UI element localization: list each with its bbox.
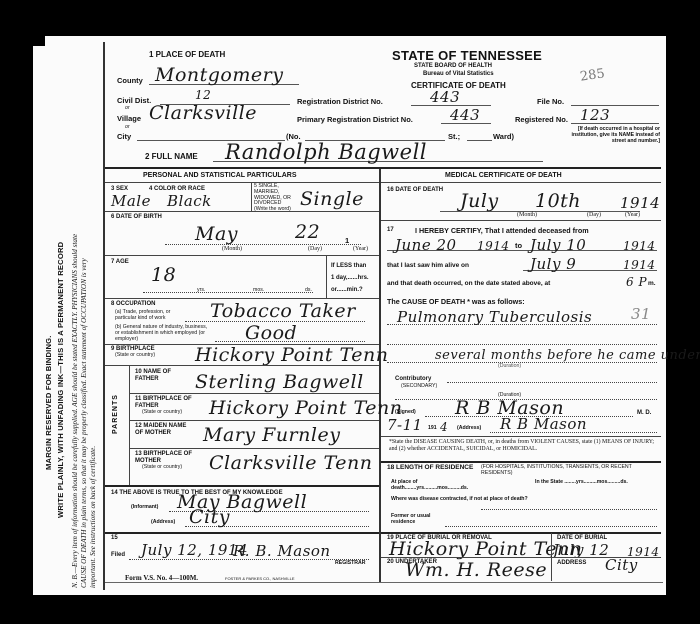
page-edge-notch xyxy=(33,36,45,46)
divider xyxy=(381,461,661,463)
street-label: St.; xyxy=(448,132,460,141)
father-name-value[interactable]: Sterling Bagwell xyxy=(195,371,364,393)
parents-label: PARENTS xyxy=(113,394,120,434)
where-contracted: Where was disease contracted, if not at … xyxy=(391,497,661,503)
marital-value[interactable]: Single xyxy=(300,188,364,210)
occ-b-value[interactable]: Good xyxy=(245,322,297,344)
birthplace-sub: (State or country) xyxy=(115,353,155,359)
filed-number: 15 xyxy=(111,535,118,542)
dod-day[interactable]: 10th xyxy=(535,190,581,212)
contributory-label: Contributory xyxy=(395,376,431,383)
dod-year[interactable]: 1914 xyxy=(620,194,660,212)
divider xyxy=(129,448,379,449)
certify-number: 17 xyxy=(387,227,394,234)
sig-address-label: (Address) xyxy=(457,426,481,432)
divider xyxy=(105,298,379,299)
or-text: or xyxy=(125,106,130,112)
reg-district-label: Registration District No. xyxy=(297,97,383,106)
father-birthplace-sub: (State or country) xyxy=(142,410,182,416)
board-of-health: STATE BOARD OF HEALTH xyxy=(414,63,492,70)
divider xyxy=(251,183,252,211)
mother-birthplace-label: 13 BIRTHPLACE OF MOTHER xyxy=(135,451,195,464)
ds-caption: ds. xyxy=(305,288,312,294)
divider xyxy=(105,532,379,534)
state-title: STATE OF TENNESSEE xyxy=(392,48,542,63)
md-label: M. D. xyxy=(637,410,651,417)
sig-address-value[interactable]: R B Mason xyxy=(500,415,587,433)
last-saw-text: that I last saw him alive on xyxy=(387,262,469,269)
father-birthplace-value[interactable]: Hickory Point Tenn xyxy=(209,397,402,419)
former-residence: Former or usual residence xyxy=(391,514,451,526)
divider xyxy=(129,420,379,421)
divider xyxy=(105,211,379,212)
primary-reg-value[interactable]: 443 xyxy=(450,106,480,124)
personal-heading: PERSONAL AND STATISTICAL PARTICULARS xyxy=(143,172,296,179)
reg-district-value[interactable]: 443 xyxy=(430,88,460,106)
civil-dist-value[interactable]: 12 xyxy=(195,88,211,102)
marital-label: 5 SINGLE, MARRIED, WIDOWED, OR DIVORCED … xyxy=(254,184,294,213)
address-label: (Address) xyxy=(151,520,175,526)
divider-top xyxy=(105,167,661,169)
last-saw-year[interactable]: 1914 xyxy=(623,258,656,272)
day-caption: (Day) xyxy=(308,246,322,252)
month-caption: (Month) xyxy=(222,246,242,252)
file-no-label: File No. xyxy=(537,97,564,106)
nb-note-line-2: CAUSE OF DEATH in plain terms, so that i… xyxy=(80,258,89,588)
or-text: or xyxy=(125,125,130,131)
printer-credit: FOSTER & PARKES CO., NASHVILLE xyxy=(225,576,295,582)
mother-name-label: 12 MAIDEN NAME OF MOTHER xyxy=(135,423,195,436)
address-value[interactable]: City xyxy=(189,506,230,528)
mother-birthplace-value[interactable]: Clarksville Tenn xyxy=(209,452,372,474)
age-value[interactable]: 18 xyxy=(151,264,176,286)
day-caption: (Day) xyxy=(587,212,601,218)
dod-month[interactable]: July xyxy=(460,190,499,212)
cause-value[interactable]: Pulmonary Tuberculosis xyxy=(397,308,592,326)
ward-label: Ward) xyxy=(493,132,514,141)
bureau-vital-statistics: Bureau of Vital Statistics xyxy=(423,71,494,78)
year-caption: (Year) xyxy=(625,212,640,218)
undertaker-address-label: ADDRESS xyxy=(557,560,586,567)
if-less-label: If LESS than xyxy=(331,263,366,270)
divider xyxy=(105,365,379,366)
year-caption: (Year) xyxy=(353,246,368,252)
full-name-value[interactable]: Randolph Bagwell xyxy=(225,140,427,164)
ward-line xyxy=(467,140,492,141)
or-min-label: or......min.? xyxy=(331,287,363,294)
date-of-death-label: 16 DATE OF DEATH xyxy=(387,187,443,194)
divider xyxy=(381,182,661,183)
divider xyxy=(326,256,327,298)
occupation-label: 8 OCCUPATION xyxy=(111,301,155,308)
signed-year-prefix: 191 xyxy=(428,426,437,432)
nb-note-line-3: important. See instructions on back of c… xyxy=(89,446,98,588)
father-name-label: 10 NAME OF FATHER xyxy=(135,369,185,382)
attended-to[interactable]: July 10 xyxy=(530,236,586,254)
to-label: to xyxy=(515,241,522,250)
dob-year-prefix: 1 xyxy=(345,236,349,245)
civil-dist-label: Civil Dist. xyxy=(117,96,151,105)
village-label: Village xyxy=(117,114,141,123)
dob-day[interactable]: 22 xyxy=(295,221,320,243)
former-residence-line xyxy=(445,526,657,527)
registered-no-label: Registered No. xyxy=(515,115,568,124)
signed-label: (Signed) xyxy=(395,410,416,416)
divider xyxy=(105,182,379,183)
divider xyxy=(105,255,379,256)
registrar-signature[interactable]: R. B. Mason xyxy=(233,542,331,560)
mos-caption: mos. xyxy=(253,288,264,294)
registrar-label: REGISTRAR xyxy=(335,561,366,567)
signed-date[interactable]: 7-11 xyxy=(387,416,423,434)
stamp-number: 285 xyxy=(579,66,606,84)
full-name-label: 2 FULL NAME xyxy=(145,152,198,161)
cause-footnote: *State the DISEASE CAUSING DEATH, or, in… xyxy=(389,439,659,452)
attended-from-year[interactable]: 1914 xyxy=(477,239,510,253)
city-label: City xyxy=(117,132,131,141)
certificate-form: 1 PLACE OF DEATH STATE OF TENNESSEE STAT… xyxy=(103,42,663,590)
secondary-label: (SECONDARY) xyxy=(401,384,437,390)
month-caption: (Month) xyxy=(517,212,537,218)
cause-label: The CAUSE OF DEATH * was as follows: xyxy=(387,297,525,306)
certify-text: I HEREBY CERTIFY, That I attended deceas… xyxy=(415,226,589,235)
county-label: County xyxy=(117,76,143,85)
father-birthplace-label: 11 BIRTHPLACE OF FATHER xyxy=(135,396,195,409)
primary-reg-label: Primary Registration District No. xyxy=(297,115,413,124)
village-value[interactable]: Clarksville xyxy=(149,102,257,124)
undertaker-value[interactable]: Wm. H. Reese xyxy=(405,559,547,581)
residence-label: 18 LENGTH OF RESIDENCE xyxy=(387,464,473,471)
write-plainly-text: WRITE PLAINLY, WITH UNFADING INK—THIS IS… xyxy=(56,242,65,518)
form-number: Form V.S. No. 4—100M. xyxy=(125,574,198,582)
occ-b-label: (b) General nature of industry, business… xyxy=(115,325,213,342)
duration-value[interactable]: several months before he came under my c… xyxy=(435,348,700,363)
divider xyxy=(381,220,661,221)
in-the-state: In the State ........yrs.........mos....… xyxy=(535,480,659,486)
divider xyxy=(105,485,379,487)
occurred-time[interactable]: 6 P xyxy=(626,275,647,289)
occ-a-label: (a) Trade, profession, or particular kin… xyxy=(115,310,187,322)
registered-no-value[interactable]: 123 xyxy=(580,106,610,124)
birthplace-value[interactable]: Hickory Point Tenn xyxy=(195,344,388,366)
mother-name-value[interactable]: Mary Furnley xyxy=(203,424,340,446)
undertaker-address-value[interactable]: City xyxy=(605,556,638,574)
where-contracted-line xyxy=(481,509,657,510)
place-of-death-heading: 1 PLACE OF DEATH xyxy=(149,50,225,59)
occurred-m: m. xyxy=(648,280,656,287)
margin-reserved-text: MARGIN RESERVED FOR BINDING. xyxy=(44,335,53,470)
attended-from[interactable]: June 20 xyxy=(395,236,457,254)
divider xyxy=(129,393,379,394)
divider xyxy=(381,436,661,437)
age-line xyxy=(143,292,313,293)
center-divider xyxy=(379,169,381,582)
cause-code: 31 xyxy=(631,305,651,323)
residence-sub: (FOR HOSPITALS, INSTITUTIONS, TRANSIENTS… xyxy=(481,465,661,477)
race-value[interactable]: Black xyxy=(167,192,212,210)
cause-line xyxy=(387,344,657,345)
occ-a-value[interactable]: Tobacco Taker xyxy=(210,300,356,322)
filed-value[interactable]: July 12, 1914 xyxy=(141,541,248,559)
age-label: 7 AGE xyxy=(111,259,129,266)
dob-month[interactable]: May xyxy=(195,223,238,245)
last-saw-value[interactable]: July 9 xyxy=(530,255,576,273)
nb-note-line-1: N. B.—Every item of information should b… xyxy=(71,234,80,588)
duration-label: (Duration) xyxy=(498,364,521,370)
sex-value[interactable]: Male xyxy=(111,192,151,210)
hospital-note: [If death occurred in a hospital or inst… xyxy=(560,127,660,144)
contributory-line xyxy=(447,382,657,383)
informant-label: (Informant) xyxy=(131,505,158,511)
attended-to-year[interactable]: 1914 xyxy=(623,239,656,253)
occurred-text: and that death occurred, on the date sta… xyxy=(387,280,550,287)
binding-margin: MARGIN RESERVED FOR BINDING. WRITE PLAIN… xyxy=(38,58,98,588)
divider xyxy=(129,365,130,487)
yrs-caption: yrs. xyxy=(197,288,205,294)
county-value[interactable]: Montgomery xyxy=(155,64,283,86)
medical-heading: MEDICAL CERTIFICATE OF DEATH xyxy=(445,172,562,179)
one-day-label: 1 day,......hrs. xyxy=(331,275,369,282)
divider xyxy=(381,532,661,534)
at-place-of-death: At place of death........yrs.........mos… xyxy=(391,480,479,492)
mother-birthplace-sub: (State or country) xyxy=(142,465,182,471)
signed-year[interactable]: 4 xyxy=(440,420,448,434)
filed-label: Filed xyxy=(111,552,125,559)
dob-label: 6 DATE OF BIRTH xyxy=(111,214,162,221)
divider xyxy=(105,582,663,583)
